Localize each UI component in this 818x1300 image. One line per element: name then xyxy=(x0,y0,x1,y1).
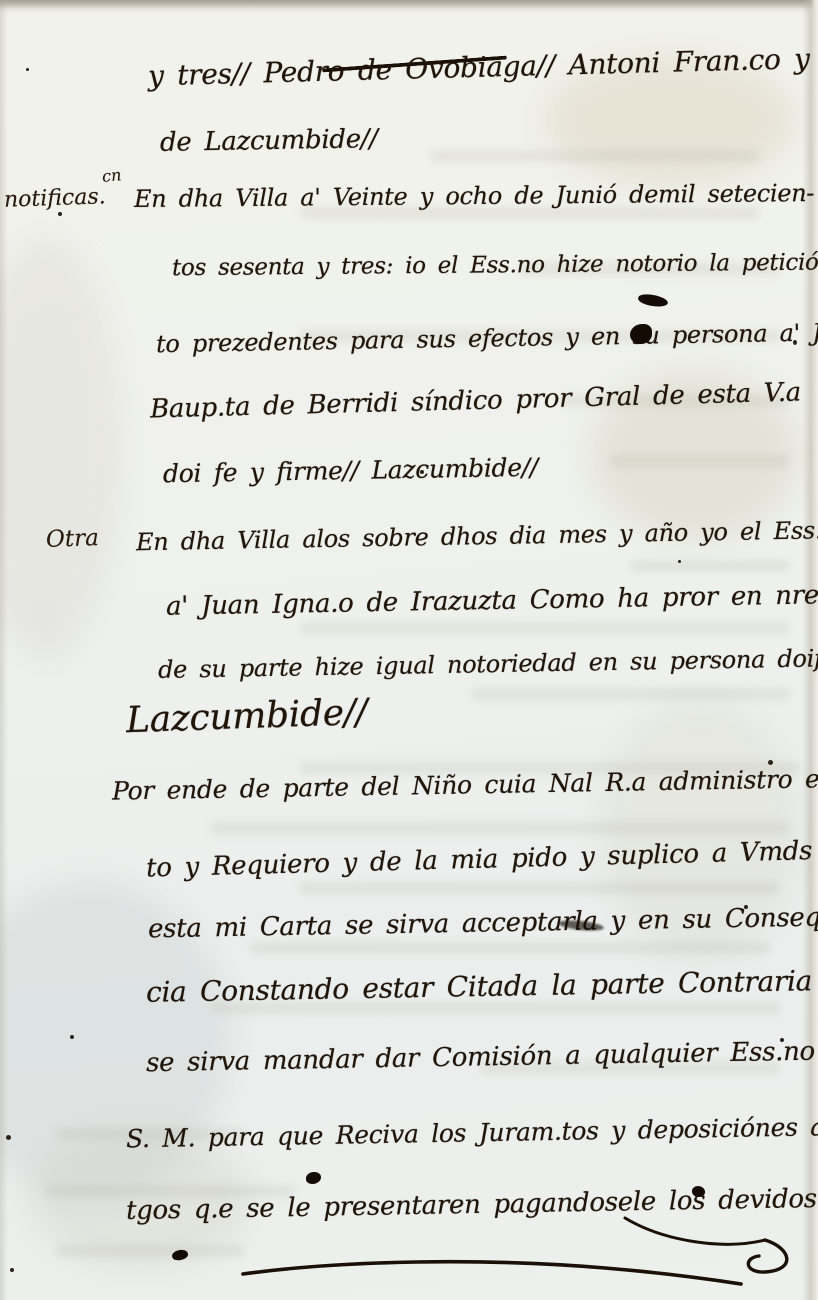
paper-speck xyxy=(58,212,62,216)
manuscript-line: doi fe y firme// Lazcumbide// xyxy=(163,453,538,489)
margin-note-notificas: notificas. xyxy=(4,184,106,213)
ink-blot xyxy=(637,293,668,308)
manuscript-line: Por ende de parte del Niño cuia Nal R.a … xyxy=(112,763,818,805)
bleedthrough-mark xyxy=(55,1245,245,1257)
ink-blot xyxy=(171,1248,189,1262)
paper-stain xyxy=(0,240,120,660)
manuscript-line: y tres// Pedro de Ovobiaga// Antoni Fran… xyxy=(148,41,818,93)
bleedthrough-mark xyxy=(300,882,780,894)
manuscript-line: En dha Villa alos sobre dhos dia mes y a… xyxy=(136,516,818,556)
manuscript-line: Baup.ta de Berridi síndico pror Gral de … xyxy=(150,377,802,424)
paper-speck xyxy=(26,68,29,71)
bleedthrough-mark xyxy=(250,942,770,954)
manuscript-line: esta mi Carta se sirva acceptarla y en s… xyxy=(148,902,818,945)
page-top-edge xyxy=(0,0,818,14)
bleedthrough-mark xyxy=(630,560,790,572)
margin-note-cn: cn xyxy=(101,165,122,186)
manuscript-line: to prezedentes para sus efectos y en su … xyxy=(156,318,818,358)
paper-speck xyxy=(70,1035,74,1039)
manuscript-line: de su parte hize igual notoriedad en su … xyxy=(158,644,818,684)
bleedthrough-mark xyxy=(300,622,790,634)
bleedthrough-mark xyxy=(610,455,790,467)
manuscript-page: cn notificas. Otra y tres// Pedro de Ovo… xyxy=(0,0,818,1300)
bleedthrough-mark xyxy=(470,688,790,700)
paper-speck xyxy=(678,560,681,563)
paper-speck xyxy=(10,1268,14,1272)
manuscript-line: a' Juan Igna.o de Irazuzta Como ha pror … xyxy=(166,580,818,621)
margin-note-otra: Otra xyxy=(46,525,100,553)
bleedthrough-mark xyxy=(430,150,760,162)
manuscript-line: S. M. para que Reciva los Juram.tos y de… xyxy=(126,1112,818,1154)
manuscript-line: tos sesenta y tres: io el Ess.no hize no… xyxy=(172,249,818,281)
ink-blot xyxy=(306,1172,321,1184)
bleedthrough-mark xyxy=(210,822,790,834)
manuscript-line: to y Requiero y de la mia pido y suplico… xyxy=(146,834,818,883)
flourish-underline xyxy=(225,1212,815,1300)
manuscript-line: Lazcumbide// xyxy=(125,692,368,741)
manuscript-line: En dha Villa a' Veinte y ocho de Junió d… xyxy=(134,179,814,213)
manuscript-line: cia Constando estar Citada la parte Cont… xyxy=(146,964,813,1009)
manuscript-line: de Lazcumbide// xyxy=(160,124,378,158)
manuscript-line: se sirva mandar dar Comisión a qualquier… xyxy=(146,1036,818,1078)
